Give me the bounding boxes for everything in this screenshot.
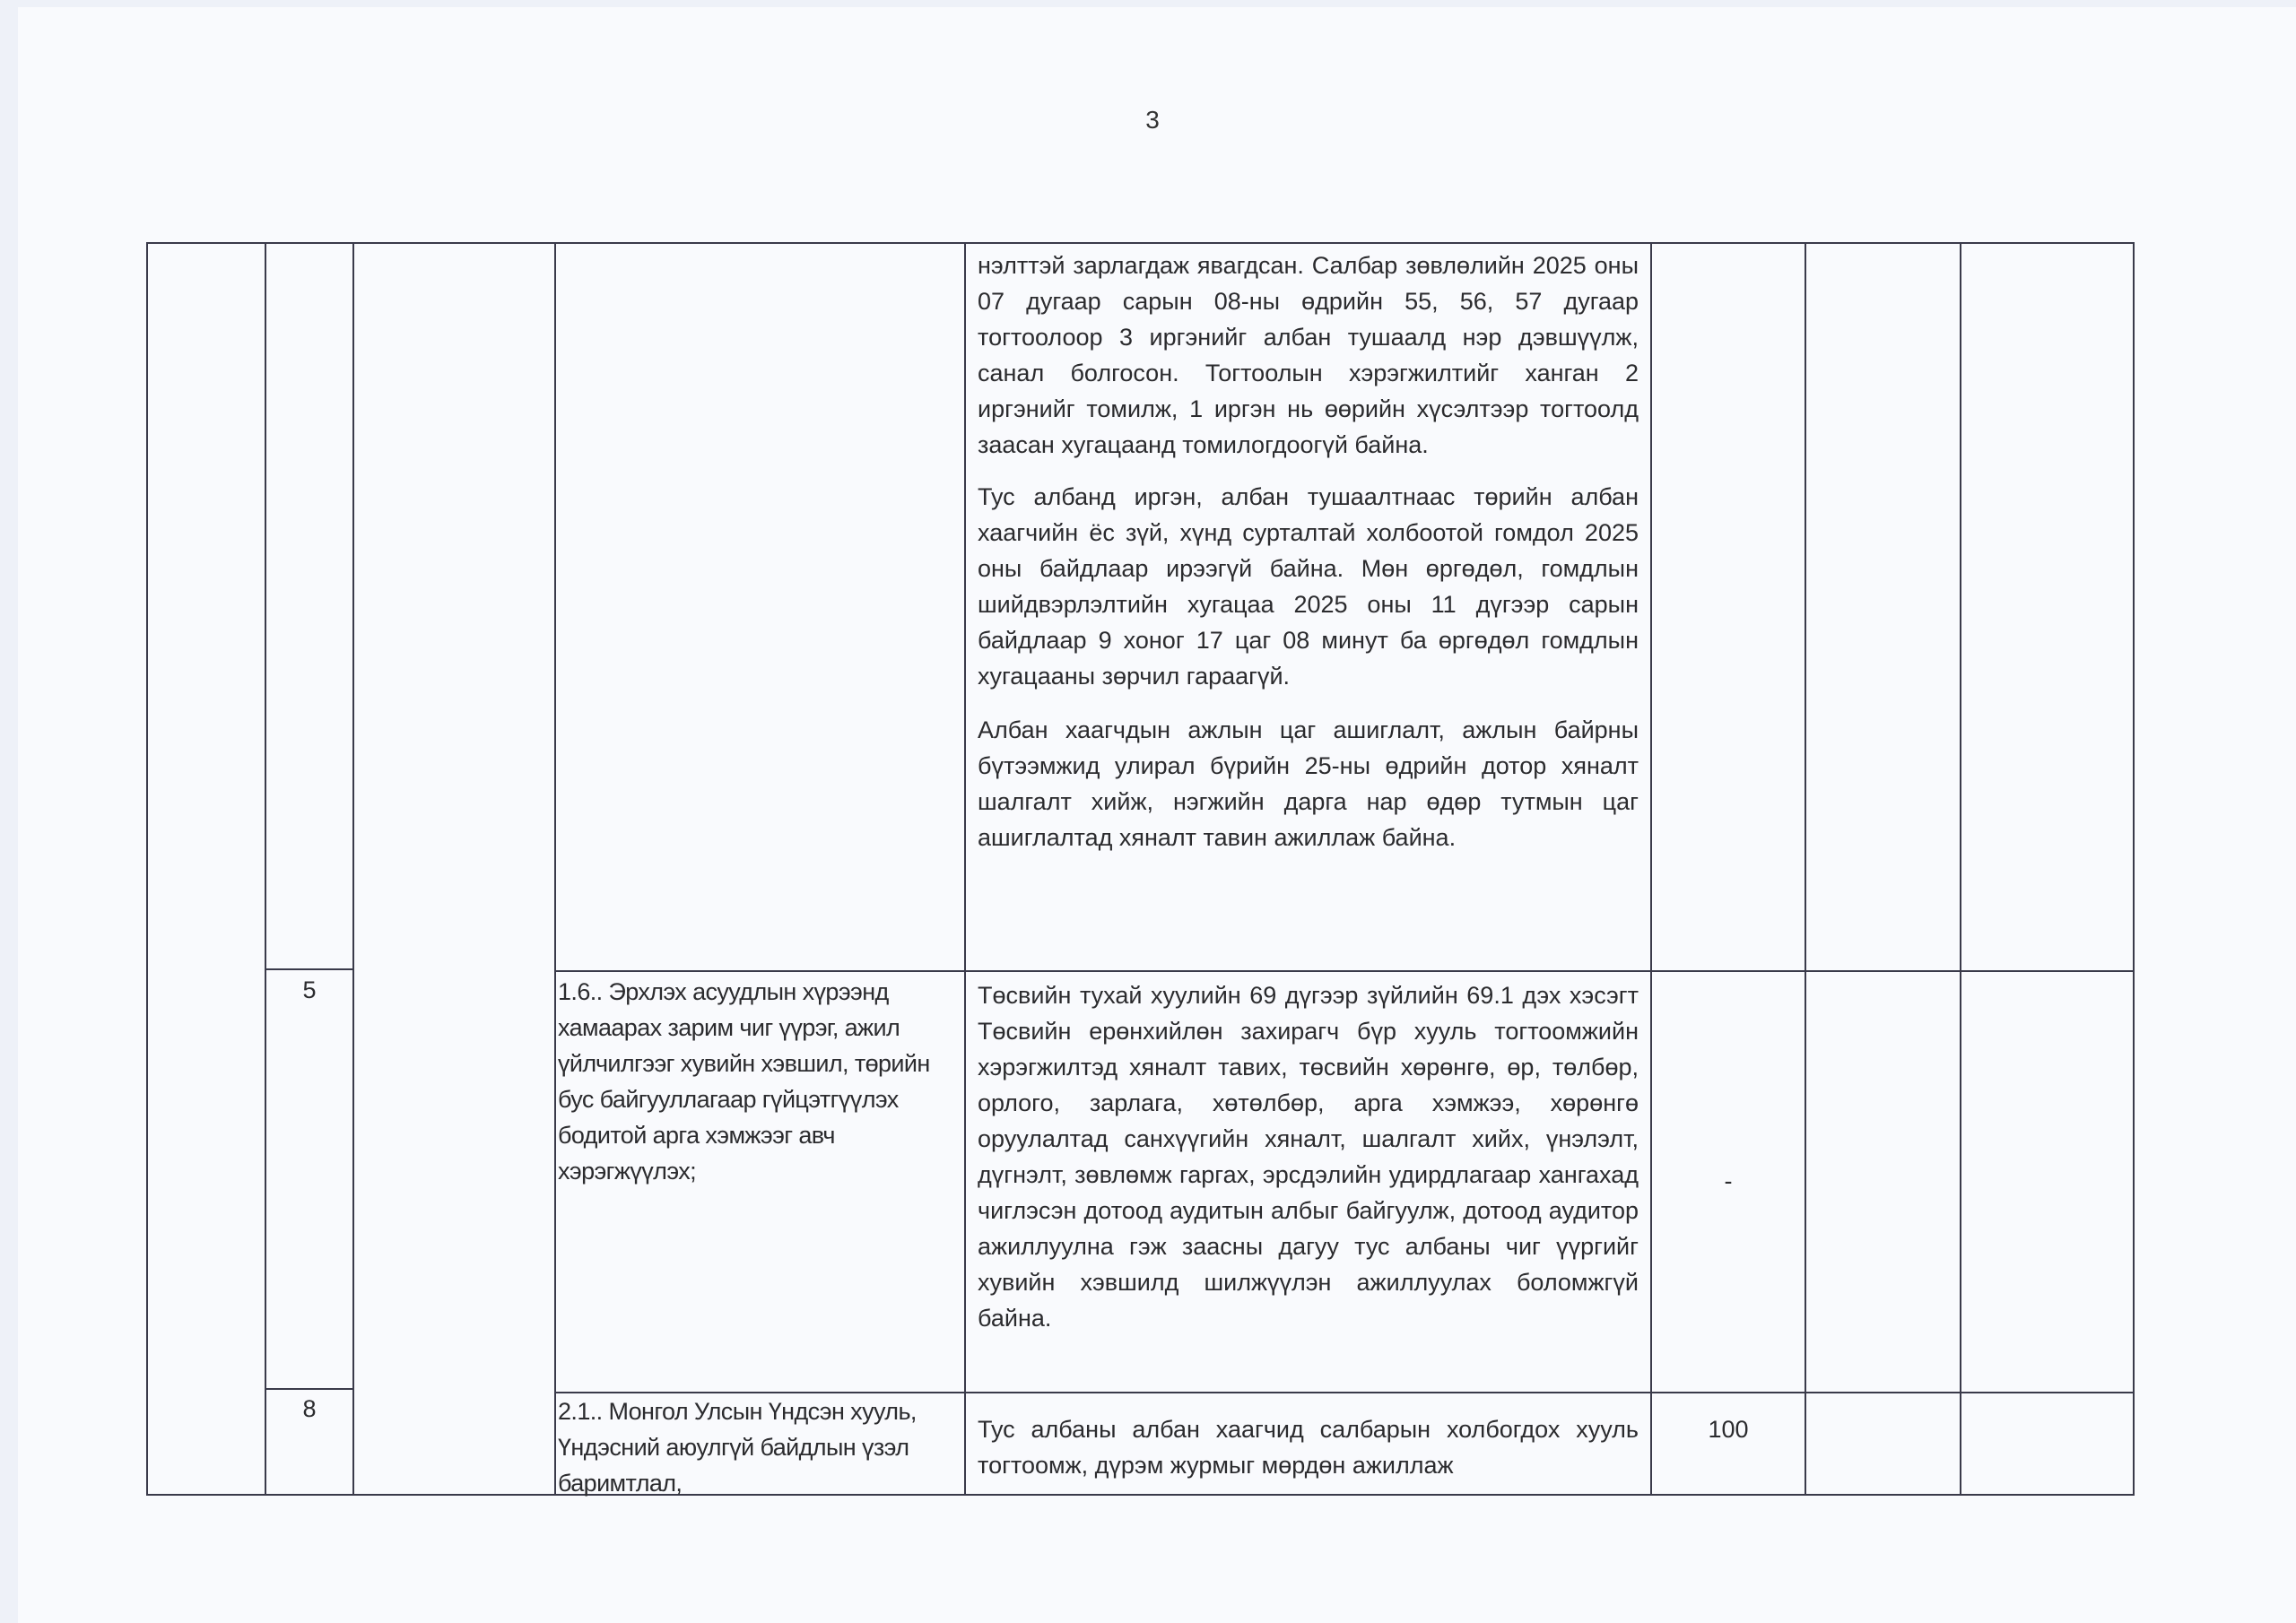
row-divider	[265, 968, 352, 970]
column-divider	[554, 244, 556, 1496]
page-number: 3	[1139, 106, 1166, 135]
table-row: нэлттэй зарлагдаж явагдсан. Салбар зөвлө…	[978, 244, 1639, 872]
report-paragraph: Тус албаны албан хаагчид салбарын холбог…	[978, 1411, 1639, 1483]
measure-text: 1.6.. Эрхлэх асуудлын хүрээнд хамаарах з…	[558, 974, 963, 1189]
report-table: нэлттэй зарлагдаж явагдсан. Салбар зөвлө…	[146, 242, 2135, 1496]
measure-text: 2.1.. Монгол Улсын Үндсэн хууль, Үндэсни…	[558, 1393, 935, 1501]
report-paragraph: Албан хаагчдын ажлын цаг ашиглалт, ажлын…	[978, 712, 1639, 855]
row-divider	[265, 1388, 352, 1390]
column-divider	[964, 244, 966, 1496]
report-paragraph: Тус албанд иргэн, албан тушаалтнаас төри…	[978, 479, 1639, 694]
report-text: Тус албаны албан хаагчид салбарын холбог…	[978, 1411, 1639, 1499]
column-divider	[1805, 244, 1806, 1496]
row-index: 5	[266, 972, 352, 1008]
row-index: 8	[266, 1391, 352, 1427]
column-divider	[1960, 244, 1961, 1496]
report-text: Төсвийн тухай хуулийн 69 дүгээр зүйлийн …	[978, 977, 1639, 1352]
column-divider	[352, 244, 354, 1496]
report-paragraph: нэлттэй зарлагдаж явагдсан. Салбар зөвлө…	[978, 247, 1639, 463]
row-divider	[554, 970, 2135, 972]
column-divider	[265, 244, 266, 1496]
score-value: -	[1652, 1163, 1805, 1199]
score-value: 100	[1652, 1411, 1805, 1447]
column-divider	[1650, 244, 1652, 1496]
report-paragraph: Төсвийн тухай хуулийн 69 дүгээр зүйлийн …	[978, 977, 1639, 1336]
